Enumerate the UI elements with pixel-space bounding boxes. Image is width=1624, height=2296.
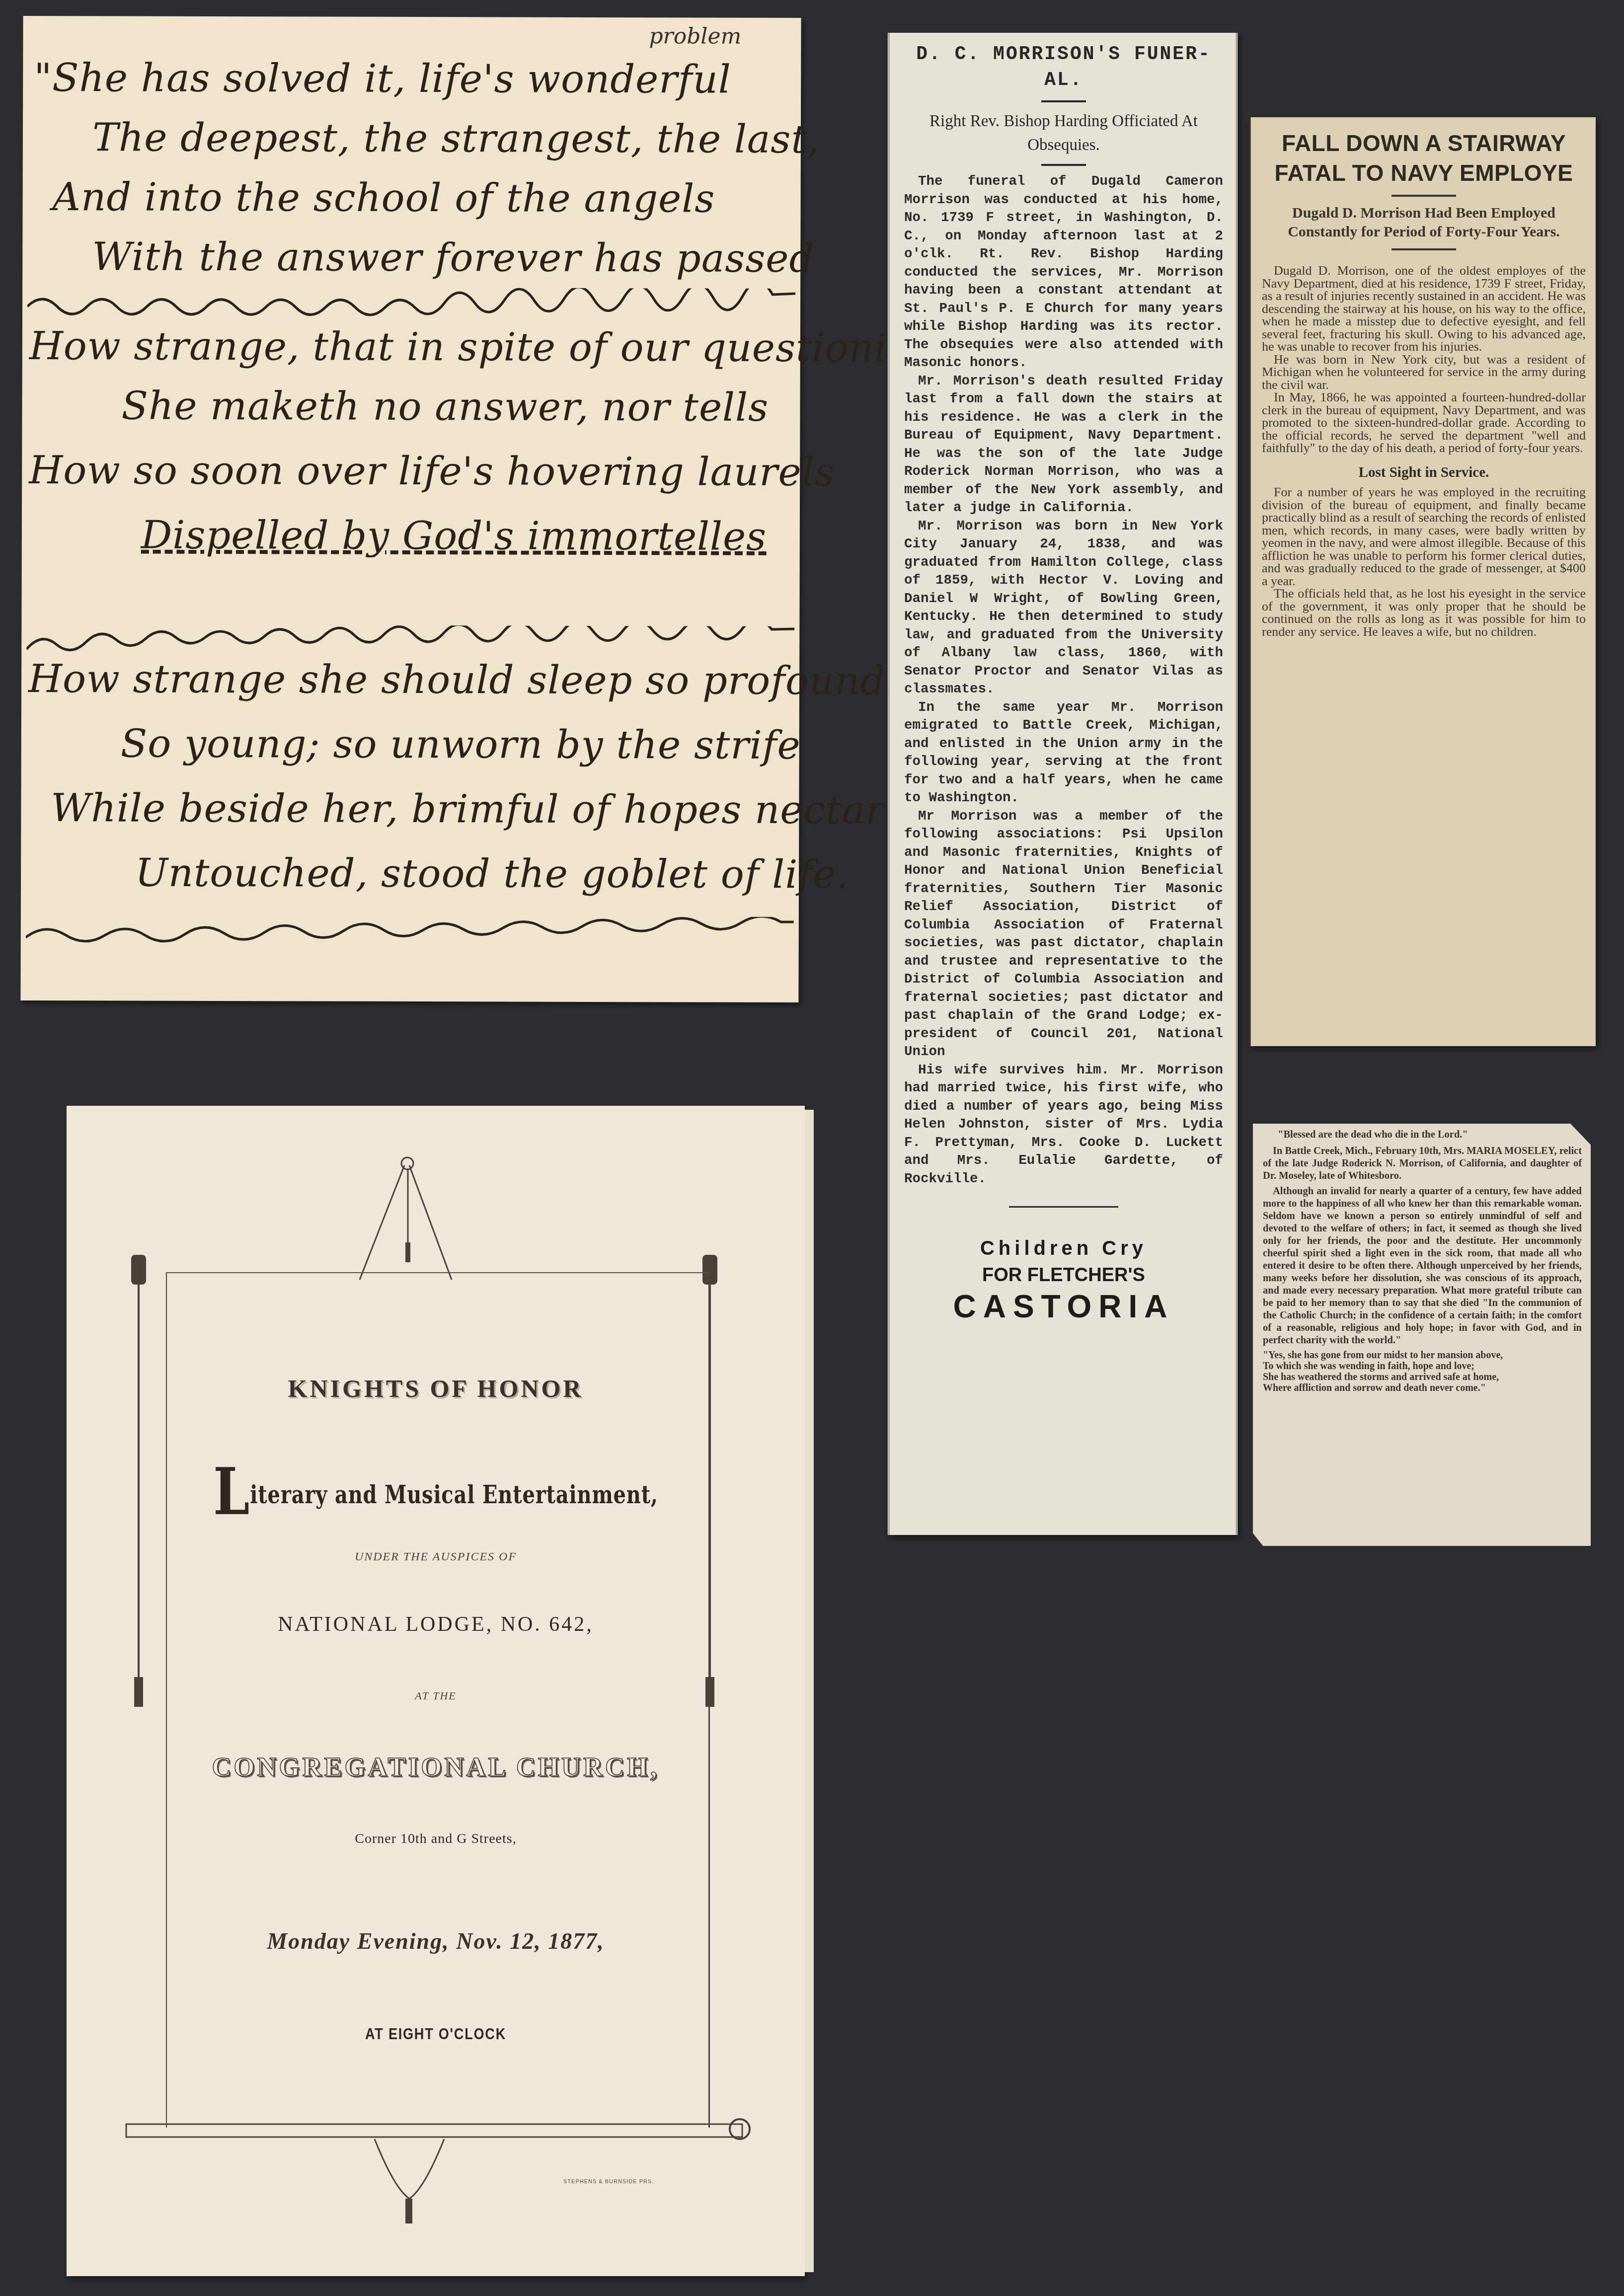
- clipping-subhead: Dugald D. Morrison Had Been Employed Con…: [1262, 204, 1586, 241]
- paragraph: He was born in New York city, but was a …: [1262, 353, 1586, 391]
- epigraph: "Blessed are the dead who die in the Lor…: [1263, 1129, 1582, 1141]
- poem-line: How strange she should sleep so profound…: [28, 657, 921, 704]
- funeral-news-clipping: D. C. MORRISON'S FUNER-AL. Right Rev. Bi…: [887, 33, 1238, 1535]
- program-lodge: NATIONAL LODGE, NO. 642,: [67, 1612, 805, 1636]
- castoria-advertisement: Children Cry FOR FLETCHER'S CASTORIA: [904, 1237, 1223, 1325]
- poem-line: So young; so unworn by the strife: [121, 721, 801, 768]
- poem-line: Untouched, stood the goblet of life.: [135, 851, 849, 898]
- poem-line: "She has solved it, life's wonderful: [34, 56, 731, 102]
- divider: [1041, 164, 1086, 166]
- marginal-note: problem: [649, 23, 741, 49]
- clipping-headline: FALL DOWN A STAIRWAY FATAL TO NAVY EMPLO…: [1262, 128, 1586, 188]
- ad-line: CASTORIA: [904, 1288, 1223, 1325]
- program-address: Corner 10th and G Streets,: [67, 1831, 805, 1847]
- knights-of-honor-program: KNIGHTS OF HONOR Literary and Musical En…: [67, 1106, 805, 2276]
- event-initial: L: [213, 1454, 250, 1530]
- event-name: iterary and Musical Entertainment,: [250, 1480, 658, 1509]
- moseley-obituary-clipping: "Blessed are the dead who die in the Lor…: [1253, 1124, 1591, 1546]
- program-back-page: [805, 1110, 814, 2272]
- ad-line: Children Cry: [904, 1237, 1223, 1260]
- poem-line: She maketh no answer, nor tells: [121, 383, 769, 430]
- poem-line: And into the school of the angels: [53, 175, 715, 221]
- paragraph: Dugald D. Morrison, one of the oldest em…: [1262, 264, 1586, 353]
- paragraph: In the same year Mr. Morrison emigrated …: [904, 699, 1223, 808]
- paragraph: The funeral of Dugald Cameron Morrison w…: [904, 173, 1223, 373]
- clipping-body: Dugald D. Morrison, one of the oldest em…: [1262, 264, 1586, 638]
- divider: [1009, 1206, 1118, 1208]
- poem-line: Dispelled by God's immortelles: [141, 513, 767, 559]
- poem-line: How strange, that in spite of our questi…: [29, 324, 938, 371]
- clipping-headline: D. C. MORRISON'S FUNER-AL.: [904, 42, 1223, 93]
- program-at-the: AT THE: [67, 1689, 805, 1702]
- program-auspices: UNDER THE AUSPICES OF: [67, 1550, 805, 1564]
- program-event: Literary and Musical Entertainment,: [141, 1454, 731, 1530]
- paragraph: Mr. Morrison was born in New York City J…: [904, 518, 1223, 699]
- paragraph: Although an invalid for nearly a quarter…: [1263, 1185, 1582, 1347]
- verse-line: To which she was wending in faith, hope …: [1263, 1361, 1582, 1372]
- verse-line: Where affliction and sorrow and death ne…: [1263, 1382, 1582, 1393]
- wavy-divider: [26, 915, 794, 947]
- handwritten-poem-sheet: problem "She has solved it, life's wonde…: [20, 16, 801, 1002]
- clipping-body: The funeral of Dugald Cameron Morrison w…: [904, 173, 1223, 1188]
- paragraph: In May, 1866, he was appointed a fourtee…: [1262, 391, 1586, 455]
- verse-line: She has weathered the storms and arrived…: [1263, 1372, 1582, 1382]
- program-venue: CONGREGATIONAL CHURCH,: [67, 1752, 805, 1782]
- program-date: Monday Evening, Nov. 12, 1877,: [67, 1928, 805, 1954]
- memorial-verse: "Yes, she has gone from our midst to her…: [1263, 1350, 1582, 1393]
- divider: [1392, 248, 1456, 250]
- paragraph: Mr. Morrison's death resulted Friday las…: [904, 373, 1223, 518]
- program-title: KNIGHTS OF HONOR: [67, 1374, 805, 1403]
- paragraph: His wife survives him. Mr. Morrison had …: [904, 1062, 1223, 1189]
- program-time: AT EIGHT O'CLOCK: [122, 2025, 749, 2043]
- poem-line: How so soon over life's hovering laurels: [29, 448, 835, 495]
- clipping-subhead: Right Rev. Bishop Harding Officiated At …: [904, 109, 1223, 157]
- paragraph: For a number of years he was employed in…: [1262, 486, 1586, 587]
- wavy-divider: [26, 624, 794, 656]
- poem-line: While beside her, brimful of hopes necta…: [51, 786, 884, 833]
- paragraph: The officials held that, as he lost his …: [1262, 587, 1586, 638]
- poem-line: With the answer forever has passed: [92, 234, 814, 281]
- divider: [1392, 195, 1456, 197]
- printer-credit: STEPHENS & BURNSIDE PRS.: [563, 2179, 654, 2185]
- paragraph: Mr Morrison was a member of the followin…: [904, 808, 1223, 1062]
- section-heading: Lost Sight in Service.: [1262, 466, 1586, 479]
- divider: [1041, 100, 1086, 102]
- paragraph: In Battle Creek, Mich., February 10th, M…: [1263, 1145, 1582, 1182]
- poem-line: The deepest, the strangest, the last,: [92, 115, 820, 162]
- verse-line: "Yes, she has gone from our midst to her…: [1263, 1350, 1582, 1361]
- wavy-divider: [27, 287, 795, 318]
- stairway-news-clipping: FALL DOWN A STAIRWAY FATAL TO NAVY EMPLO…: [1250, 117, 1596, 1046]
- ad-line: FOR FLETCHER'S: [904, 1265, 1223, 1286]
